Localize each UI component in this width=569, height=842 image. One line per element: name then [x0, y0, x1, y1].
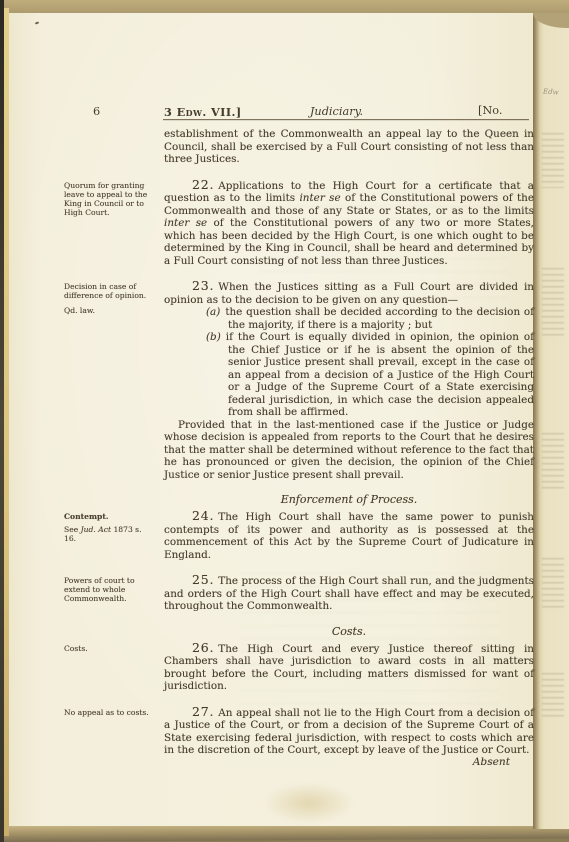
subsection-a: (a)the question shall be decided accordi… [164, 306, 534, 331]
crosshead-costs: Costs. [164, 625, 534, 638]
paper-stain [264, 783, 354, 823]
subsection-text: if the Court is equally divided in opini… [226, 331, 534, 418]
bleedthrough-text-smudge [542, 433, 564, 493]
body-text: 25.The process of the High Court shall r… [164, 574, 534, 613]
margin-note-text: Powers of court to extend to whole Commo… [64, 576, 135, 603]
section-number: 27. [192, 704, 218, 719]
body-text: 23.When the Justices sitting as a Full C… [164, 280, 534, 306]
body-text: 27.An appeal shall not lie to the High C… [164, 706, 534, 757]
margin-note: No appeal as to costs. [64, 706, 164, 757]
running-title: Judiciary. [164, 105, 509, 118]
act-number-bracket: [No. [478, 104, 503, 117]
page-content: establishment of the Commonwealth an app… [64, 123, 534, 768]
proviso-text: Provided that in the last-mentioned case… [164, 419, 534, 482]
margin-note-empty [64, 128, 164, 166]
citation-act: Jud. Act [81, 525, 111, 534]
section-26: Costs. 26.The High Court and every Justi… [64, 642, 534, 693]
latin-phrase: inter se [164, 217, 207, 229]
margin-note: Powers of court to extend to whole Commo… [64, 574, 164, 613]
scanned-book-photo: { "header": { "page_number": "6", "volum… [0, 0, 569, 842]
section-24: Contempt. See Jud. Act 1873 s. 16. 24.Th… [64, 510, 534, 561]
header-rule [163, 119, 529, 120]
subsection-label: (b) [206, 331, 226, 343]
margin-note-text: Costs. [64, 644, 88, 653]
body-text: 24.The High Court shall have the same po… [164, 510, 534, 561]
subsection-text: the question shall be decided according … [225, 306, 534, 331]
adjacent-page-text-fragment: Edw [543, 87, 559, 96]
page-number: 6 [93, 105, 100, 118]
section-22: Quorum for granting leave to appeal to t… [64, 179, 534, 268]
margin-note-text: Contempt. [64, 512, 108, 521]
margin-note-text: Qd. law. [64, 306, 154, 315]
latin-phrase: inter se [299, 192, 340, 204]
catchword: Absent [64, 756, 534, 768]
adjacent-page-edge: Edw [533, 13, 569, 829]
section-number: 25. [192, 572, 218, 587]
document-page: 6 3 Edw. VII.] Judiciary. [No. establish… [9, 13, 533, 826]
section-number: 26. [192, 640, 218, 655]
body-text: 22.Applications to the High Court for a … [164, 179, 534, 268]
section-text: The High Court shall have the same power… [164, 511, 534, 561]
section-number: 23. [192, 278, 218, 293]
section-text: The process of the High Court shall run,… [164, 575, 534, 612]
section-23: Decision in case of difference of opinio… [64, 280, 534, 481]
section-number: 24. [192, 508, 218, 523]
body-text: 26.The High Court and every Justice ther… [164, 642, 534, 693]
paper-speck [35, 21, 39, 24]
bleedthrough-text-smudge [542, 268, 564, 338]
margin-note: Quorum for granting leave to appeal to t… [64, 179, 164, 268]
body-text: establishment of the Commonwealth an app… [164, 128, 534, 166]
subsection-label: (a) [206, 306, 225, 318]
book-top-edge [0, 0, 569, 14]
margin-note-text: Decision in case of difference of opinio… [64, 282, 146, 300]
bleedthrough-text-smudge [542, 133, 564, 188]
crosshead-enforcement: Enforcement of Process. [164, 493, 534, 506]
section-text: When the Justices sitting as a Full Cour… [164, 281, 534, 306]
margin-note: Decision in case of difference of opinio… [64, 280, 164, 481]
section-27: No appeal as to costs. 27.An appeal shal… [64, 706, 534, 757]
section-text: An appeal shall not lie to the High Cour… [164, 707, 534, 757]
section-number: 22. [192, 177, 218, 192]
subsection-b: (b)if the Court is equally divided in op… [164, 331, 534, 419]
page-gutter-crease [533, 13, 540, 829]
bleedthrough-text-smudge [542, 673, 564, 718]
section-text: The High Court and every Justice thereof… [164, 643, 534, 693]
citation-text: See [64, 525, 81, 534]
paragraph-continuation: establishment of the Commonwealth an app… [64, 128, 534, 166]
margin-note-text: Quorum for granting leave to appeal to t… [64, 181, 147, 217]
margin-citation: See Jud. Act 1873 s. 16. [64, 525, 154, 543]
section-text: of the Constitutional powers of any two … [164, 217, 534, 267]
margin-note: Costs. [64, 642, 164, 693]
margin-note-text: No appeal as to costs. [64, 708, 149, 717]
section-25: Powers of court to extend to whole Commo… [64, 574, 534, 613]
margin-note: Contempt. See Jud. Act 1873 s. 16. [64, 510, 164, 561]
bleedthrough-text-smudge [542, 558, 564, 608]
